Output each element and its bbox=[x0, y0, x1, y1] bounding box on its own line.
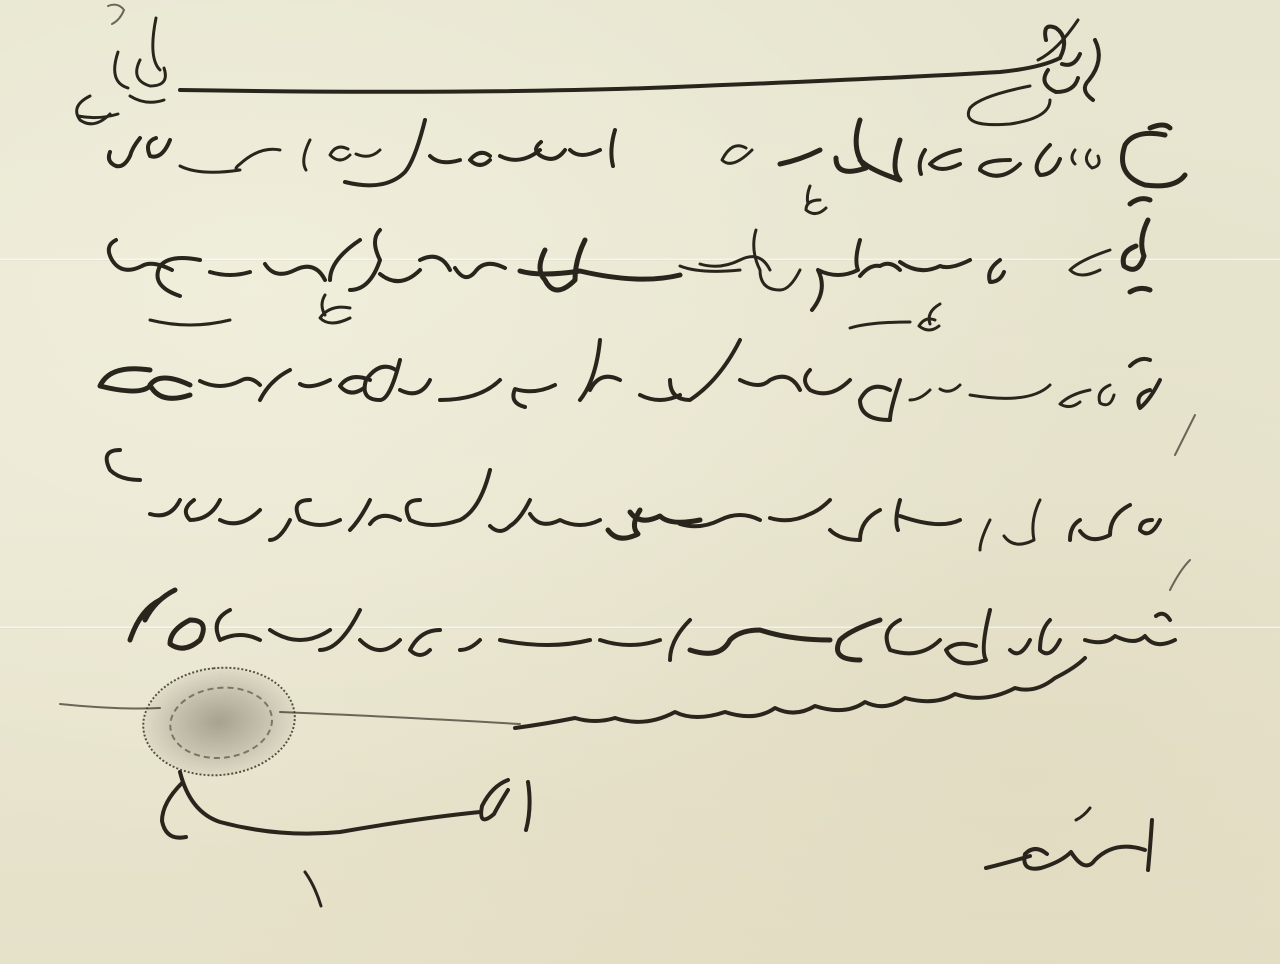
body-line-4-ink bbox=[107, 450, 1160, 550]
document-page: علی کسب بسم پناه تومان قمه نقره را تحریر… bbox=[0, 0, 1280, 964]
handwriting-ink bbox=[0, 0, 1280, 964]
marginal-note bbox=[77, 5, 166, 124]
ink-seal-inner-ring bbox=[166, 682, 277, 764]
body-line-1-ink bbox=[109, 120, 1185, 186]
signature-left-ink bbox=[162, 772, 530, 906]
body-line-2-ink bbox=[109, 199, 1150, 310]
interlinear-notes bbox=[150, 186, 940, 330]
signature-right-ink bbox=[986, 808, 1152, 870]
heading-stroke bbox=[180, 20, 1099, 125]
body-line-3-ink bbox=[100, 340, 1160, 420]
margin-marks bbox=[1170, 415, 1195, 590]
body-line-5-ink bbox=[130, 590, 1175, 663]
